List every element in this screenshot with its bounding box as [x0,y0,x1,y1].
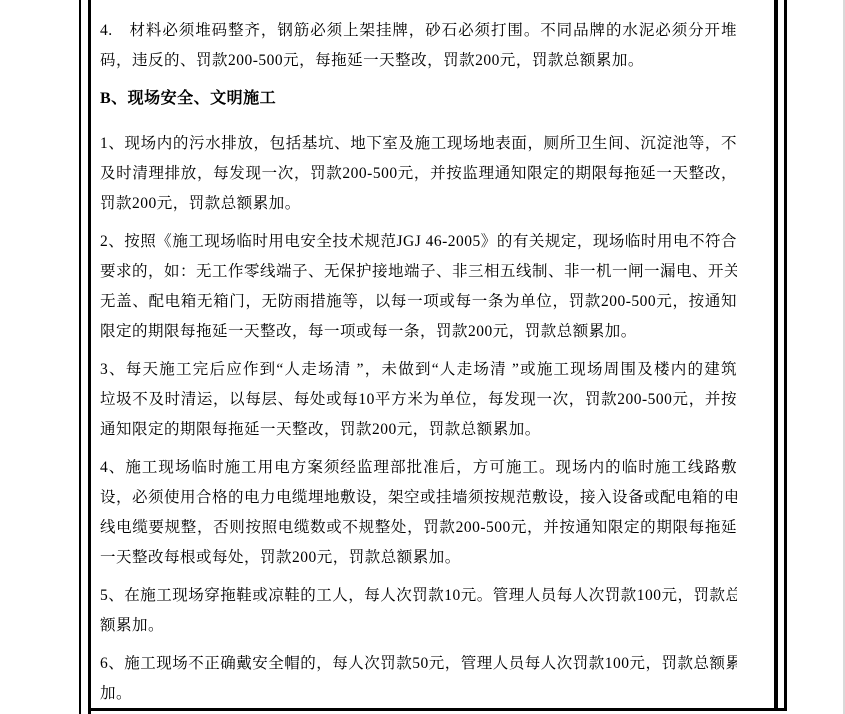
paragraph: 5、在施工现场穿拖鞋或凉鞋的工人，每人次罚款10元。管理人员每人次罚款100元，… [100,581,737,641]
text-line: 3、每天施工完后应作到“人走场清 ”，未做到“人走场清 ”或施工现场周围及楼内的… [100,355,737,385]
text-line: 4、施工现场临时施工用电方案须经监理部批准后，方可施工。现场内的临时施工线路敷 [100,453,737,483]
cell-border-right-inner [774,0,778,710]
text-line: 5、在施工现场穿拖鞋或凉鞋的工人，每人次罚款10元。管理人员每人次罚款100元，… [100,581,737,611]
text-line: 要求的，如：无工作零线端子、无保护接地端子、非三相五线制、非一机一闸一漏电、开关 [100,257,737,287]
paragraph: 1、现场内的污水排放，包括基坑、地下室及施工现场地表面，厕所卫生间、沉淀池等，不… [100,129,737,219]
document-page: { "page": { "background_color": "#ffffff… [0,0,845,714]
text-line: 通知限定的期限每拖延一天整改，罚款200元，罚款总额累加。 [100,415,737,445]
text-line: 无盖、配电箱无箱门，无防雨措施等，以每一项或每一条为单位，罚款200-500元，… [100,287,737,317]
text-line: 1、现场内的污水排放，包括基坑、地下室及施工现场地表面，厕所卫生间、沉淀池等，不 [100,129,737,159]
text-line: 4. 材料必须堆码整齐，钢筋必须上架挂牌，砂石必须打围。不同品牌的水泥必须分开堆 [100,16,737,46]
cell-border-left-outer [79,0,81,714]
text-line: 限定的期限每拖延一天整改，每一项或每一条，罚款200元，罚款总额累加。 [100,317,737,347]
paragraph: 4、施工现场临时施工用电方案须经监理部批准后，方可施工。现场内的临时施工线路敷设… [100,453,737,573]
document-body: 4. 材料必须堆码整齐，钢筋必须上架挂牌，砂石必须打围。不同品牌的水泥必须分开堆… [100,16,737,714]
text-line: 额累加。 [100,611,737,641]
cell-border-left-inner [88,0,91,714]
paragraph: 3、每天施工完后应作到“人走场清 ”，未做到“人走场清 ”或施工现场周围及楼内的… [100,355,737,445]
text-line: 设，必须使用合格的电力电缆埋地敷设，架空或挂墙须按规范敷设，接入设备或配电箱的电 [100,483,737,513]
section-heading: B、现场安全、文明施工 [100,84,737,114]
text-line: 线电缆要规整，否则按照电缆数或不规整处，罚款200-500元，并按通知限定的期限… [100,513,737,543]
text-line: 罚款200元，罚款总额累加。 [100,189,737,219]
paragraph: 2、按照《施工现场临时用电安全技术规范JGJ 46-2005》的有关规定，现场临… [100,227,737,347]
paragraph: 6、施工现场不正确戴安全帽的，每人次罚款50元，管理人员每人次罚款100元，罚款… [100,649,737,709]
text-line: 及时清理排放，每发现一次，罚款200-500元，并按监理通知限定的期限每拖延一天… [100,159,737,189]
text-line: 一天整改每根或每处，罚款200元，罚款总额累加。 [100,543,737,573]
text-line: 码，违反的、罚款200-500元，每拖延一天整改，罚款200元，罚款总额累加。 [100,46,737,76]
text-line: B、现场安全、文明施工 [100,84,737,114]
text-line: 加。 [100,679,737,709]
text-line: 垃圾不及时清运，以每层、每处或每10平方米为单位，每发现一次，罚款200-500… [100,385,737,415]
paragraph: 4. 材料必须堆码整齐，钢筋必须上架挂牌，砂石必须打围。不同品牌的水泥必须分开堆… [100,16,737,76]
cell-border-right-outer [784,0,787,710]
text-line: 2、按照《施工现场临时用电安全技术规范JGJ 46-2005》的有关规定，现场临… [100,227,737,257]
text-line: 6、施工现场不正确戴安全帽的，每人次罚款50元，管理人员每人次罚款100元，罚款… [100,649,737,679]
